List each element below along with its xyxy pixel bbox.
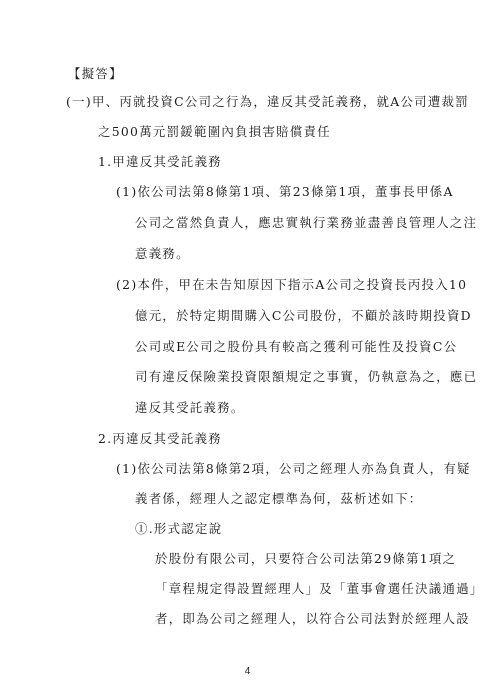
- section-1-title-line-2: 之500萬元罰鍰範圍內負損害賠償責任: [98, 124, 331, 140]
- subsection-1-item-1-line-1: (1)依公司法第8條第1項、第23條第1項，董事長甲係A: [116, 184, 454, 200]
- subsection-1-item-2-line-2: 億元，於特定期間購入C公司股份，不顧於該時期投資D: [135, 308, 472, 324]
- point-1-line-1: 於股份有限公司，只要符合公司法第29條第1項之: [155, 551, 456, 567]
- subsection-1-item-1-line-3: 意義務。: [135, 246, 190, 262]
- point-1-line-3: 者，即為公司之經理人，以符合公司法對於經理人設: [155, 611, 470, 627]
- page-number: 4: [0, 666, 495, 677]
- subsection-2-title: 2.丙違反其受託義務: [98, 431, 222, 447]
- subsection-1-item-2-line-5: 違反其受託義務。: [135, 400, 245, 416]
- section-1-title-line-1: (一)甲、丙就投資C公司之行為，違反其受託義務，就A公司遭裁罰: [66, 94, 469, 110]
- subsection-1-item-2-line-1: (2)本件，甲在未告知原因下指示A公司之投資長丙投入10: [116, 277, 467, 293]
- subsection-1-item-1-line-2: 公司之當然負責人，應忠實執行業務並盡善良管理人之注: [135, 215, 477, 231]
- subsection-2-item-1-line-1: (1)依公司法第8條第2項，公司之經理人亦為負責人，有疑: [116, 461, 471, 477]
- answer-heading: 【擬答】: [68, 66, 123, 82]
- subsection-2-item-1-line-2: 義者係，經理人之認定標準為何，茲析述如下：: [135, 491, 423, 507]
- subsection-1-item-2-line-3: 公司或E公司之股份具有較高之獲利可能性及投資C公: [135, 339, 457, 355]
- subsection-1-item-2-line-4: 司有違反保險業投資限額規定之事實，仍執意為之，應已: [135, 369, 477, 385]
- point-1-title: ①.形式認定說: [135, 521, 222, 537]
- point-1-line-2: 「章程規定得設置經理人」及「董事會選任決議通過」: [155, 581, 484, 597]
- subsection-1-title: 1.甲違反其受託義務: [98, 154, 222, 170]
